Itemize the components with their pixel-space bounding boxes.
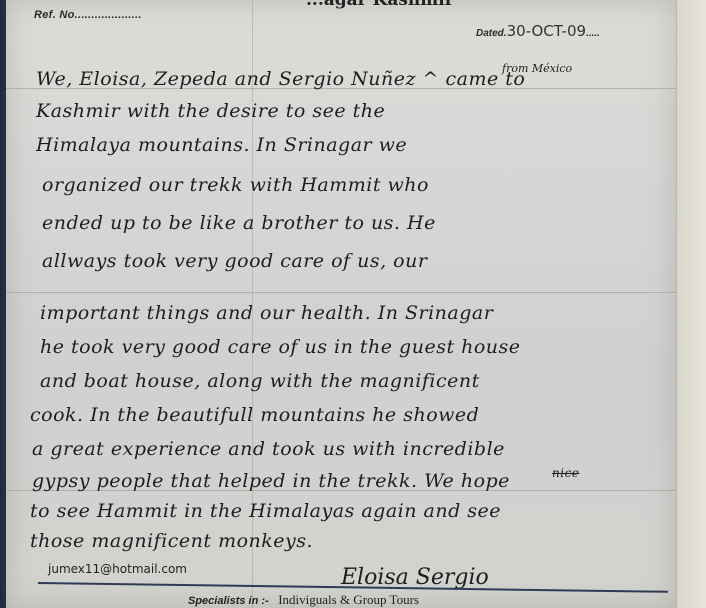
letter-line: cook. In the beautifull mountains he sho… — [30, 404, 479, 426]
footer-value: Indiviguals & Group Tours — [278, 592, 419, 607]
ref-number: Ref. No.................... — [34, 9, 142, 21]
struck-word: nice — [552, 466, 579, 480]
footer-label: Specialists in :- — [188, 595, 269, 607]
letter-line: Kashmir with the desire to see the — [36, 100, 385, 122]
letter-line: Himalaya mountains. In Srinagar we — [36, 134, 407, 156]
letter-line: to see Hammit in the Himalayas again and… — [30, 500, 501, 522]
letter-line: important things and our health. In Srin… — [40, 302, 493, 324]
letter-line-text: a great experience and took us with incr… — [32, 438, 505, 460]
letter-paper: ...agar Kashmir Ref. No.................… — [6, 0, 676, 608]
date-field: Dated.30-OCT-09..... — [476, 22, 600, 40]
email-address: jumex11@hotmail.com — [48, 562, 187, 576]
fold-crease — [6, 292, 676, 294]
footer-specialists: Specialists in :- Indiviguals & Group To… — [188, 592, 419, 608]
letter-line: and boat house, along with the magnifice… — [40, 370, 480, 392]
letter-line: allways took very good care of us, our — [42, 250, 427, 272]
letter-line: nice gypsy people that helped in the tre… — [32, 470, 510, 492]
letterhead-title: ...agar Kashmir — [306, 0, 454, 10]
letter-line: ended up to be like a brother to us. He — [42, 212, 436, 234]
dated-value: 30-OCT-09 — [507, 22, 586, 40]
letter-line: a great experience and took us with incr… — [32, 438, 505, 460]
letter-line: those magnificent monkeys. — [30, 530, 313, 552]
letter-line: We, Eloisa, Zepeda and Sergio Nuñez ^ ca… — [36, 68, 525, 90]
ref-label: Ref. No — [34, 9, 75, 21]
letter-line-text: gypsy people that helped in the trekk. W… — [32, 470, 510, 492]
letter-line: he took very good care of us in the gues… — [40, 336, 521, 358]
dated-label: Dated — [476, 28, 504, 39]
ref-dots: .................... — [75, 9, 142, 21]
letter-line: organized our trekk with Hammit who — [42, 174, 429, 196]
